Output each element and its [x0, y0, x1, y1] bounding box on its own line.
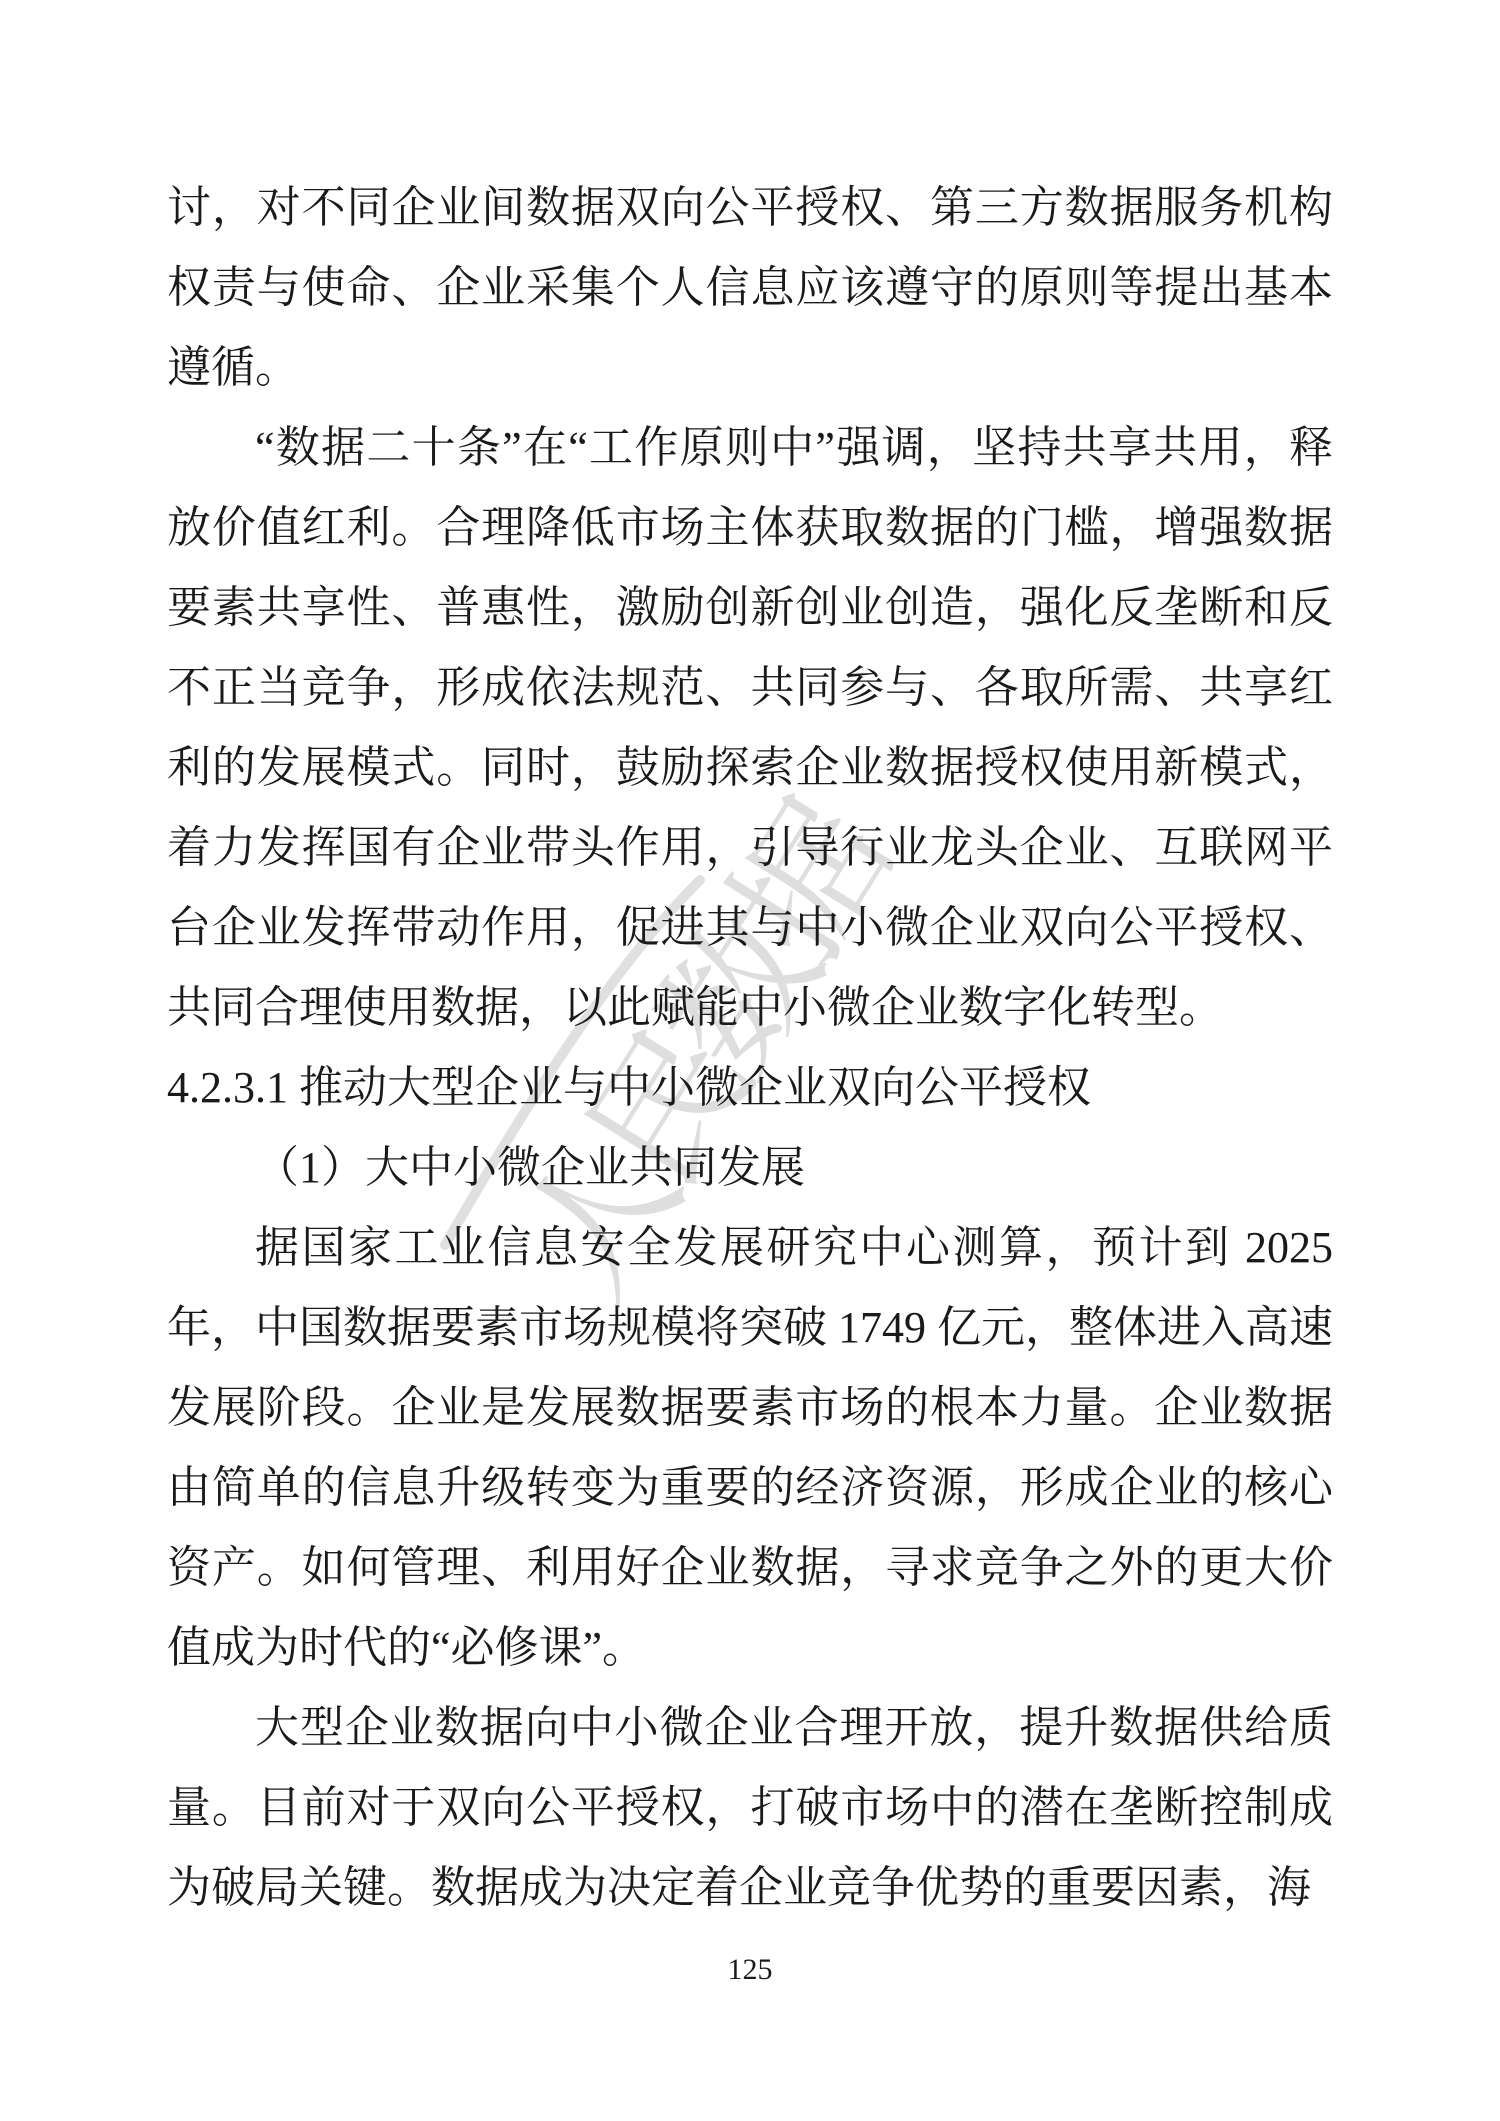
page-number: 125 [0, 1952, 1500, 1988]
section-heading: 4.2.3.1 推动大型企业与中小微企业双向公平授权 [167, 1048, 1333, 1128]
page-content: 讨，对不同企业间数据双向公平授权、第三方数据服务机构权责与使命、企业采集个人信息… [167, 168, 1333, 1928]
paragraph-subitem-title: （1）大中小微企业共同发展 [167, 1128, 1333, 1208]
paragraph-data-twenty-articles: “数据二十条”在“工作原则中”强调，坚持共享共用，释放价值红利。合理降低市场主体… [167, 408, 1333, 1048]
paragraph-market-forecast: 据国家工业信息安全发展研究中心测算，预计到 2025 年，中国数据要素市场规模将… [167, 1208, 1333, 1688]
paragraph-data-opening: 大型企业数据向中小微企业合理开放，提升数据供给质量。目前对于双向公平授权，打破市… [167, 1688, 1333, 1928]
paragraph-continuation: 讨，对不同企业间数据双向公平授权、第三方数据服务机构权责与使命、企业采集个人信息… [167, 168, 1333, 408]
document-page: 人民数据 讨，对不同企业间数据双向公平授权、第三方数据服务机构权责与使命、企业采… [0, 0, 1500, 2121]
